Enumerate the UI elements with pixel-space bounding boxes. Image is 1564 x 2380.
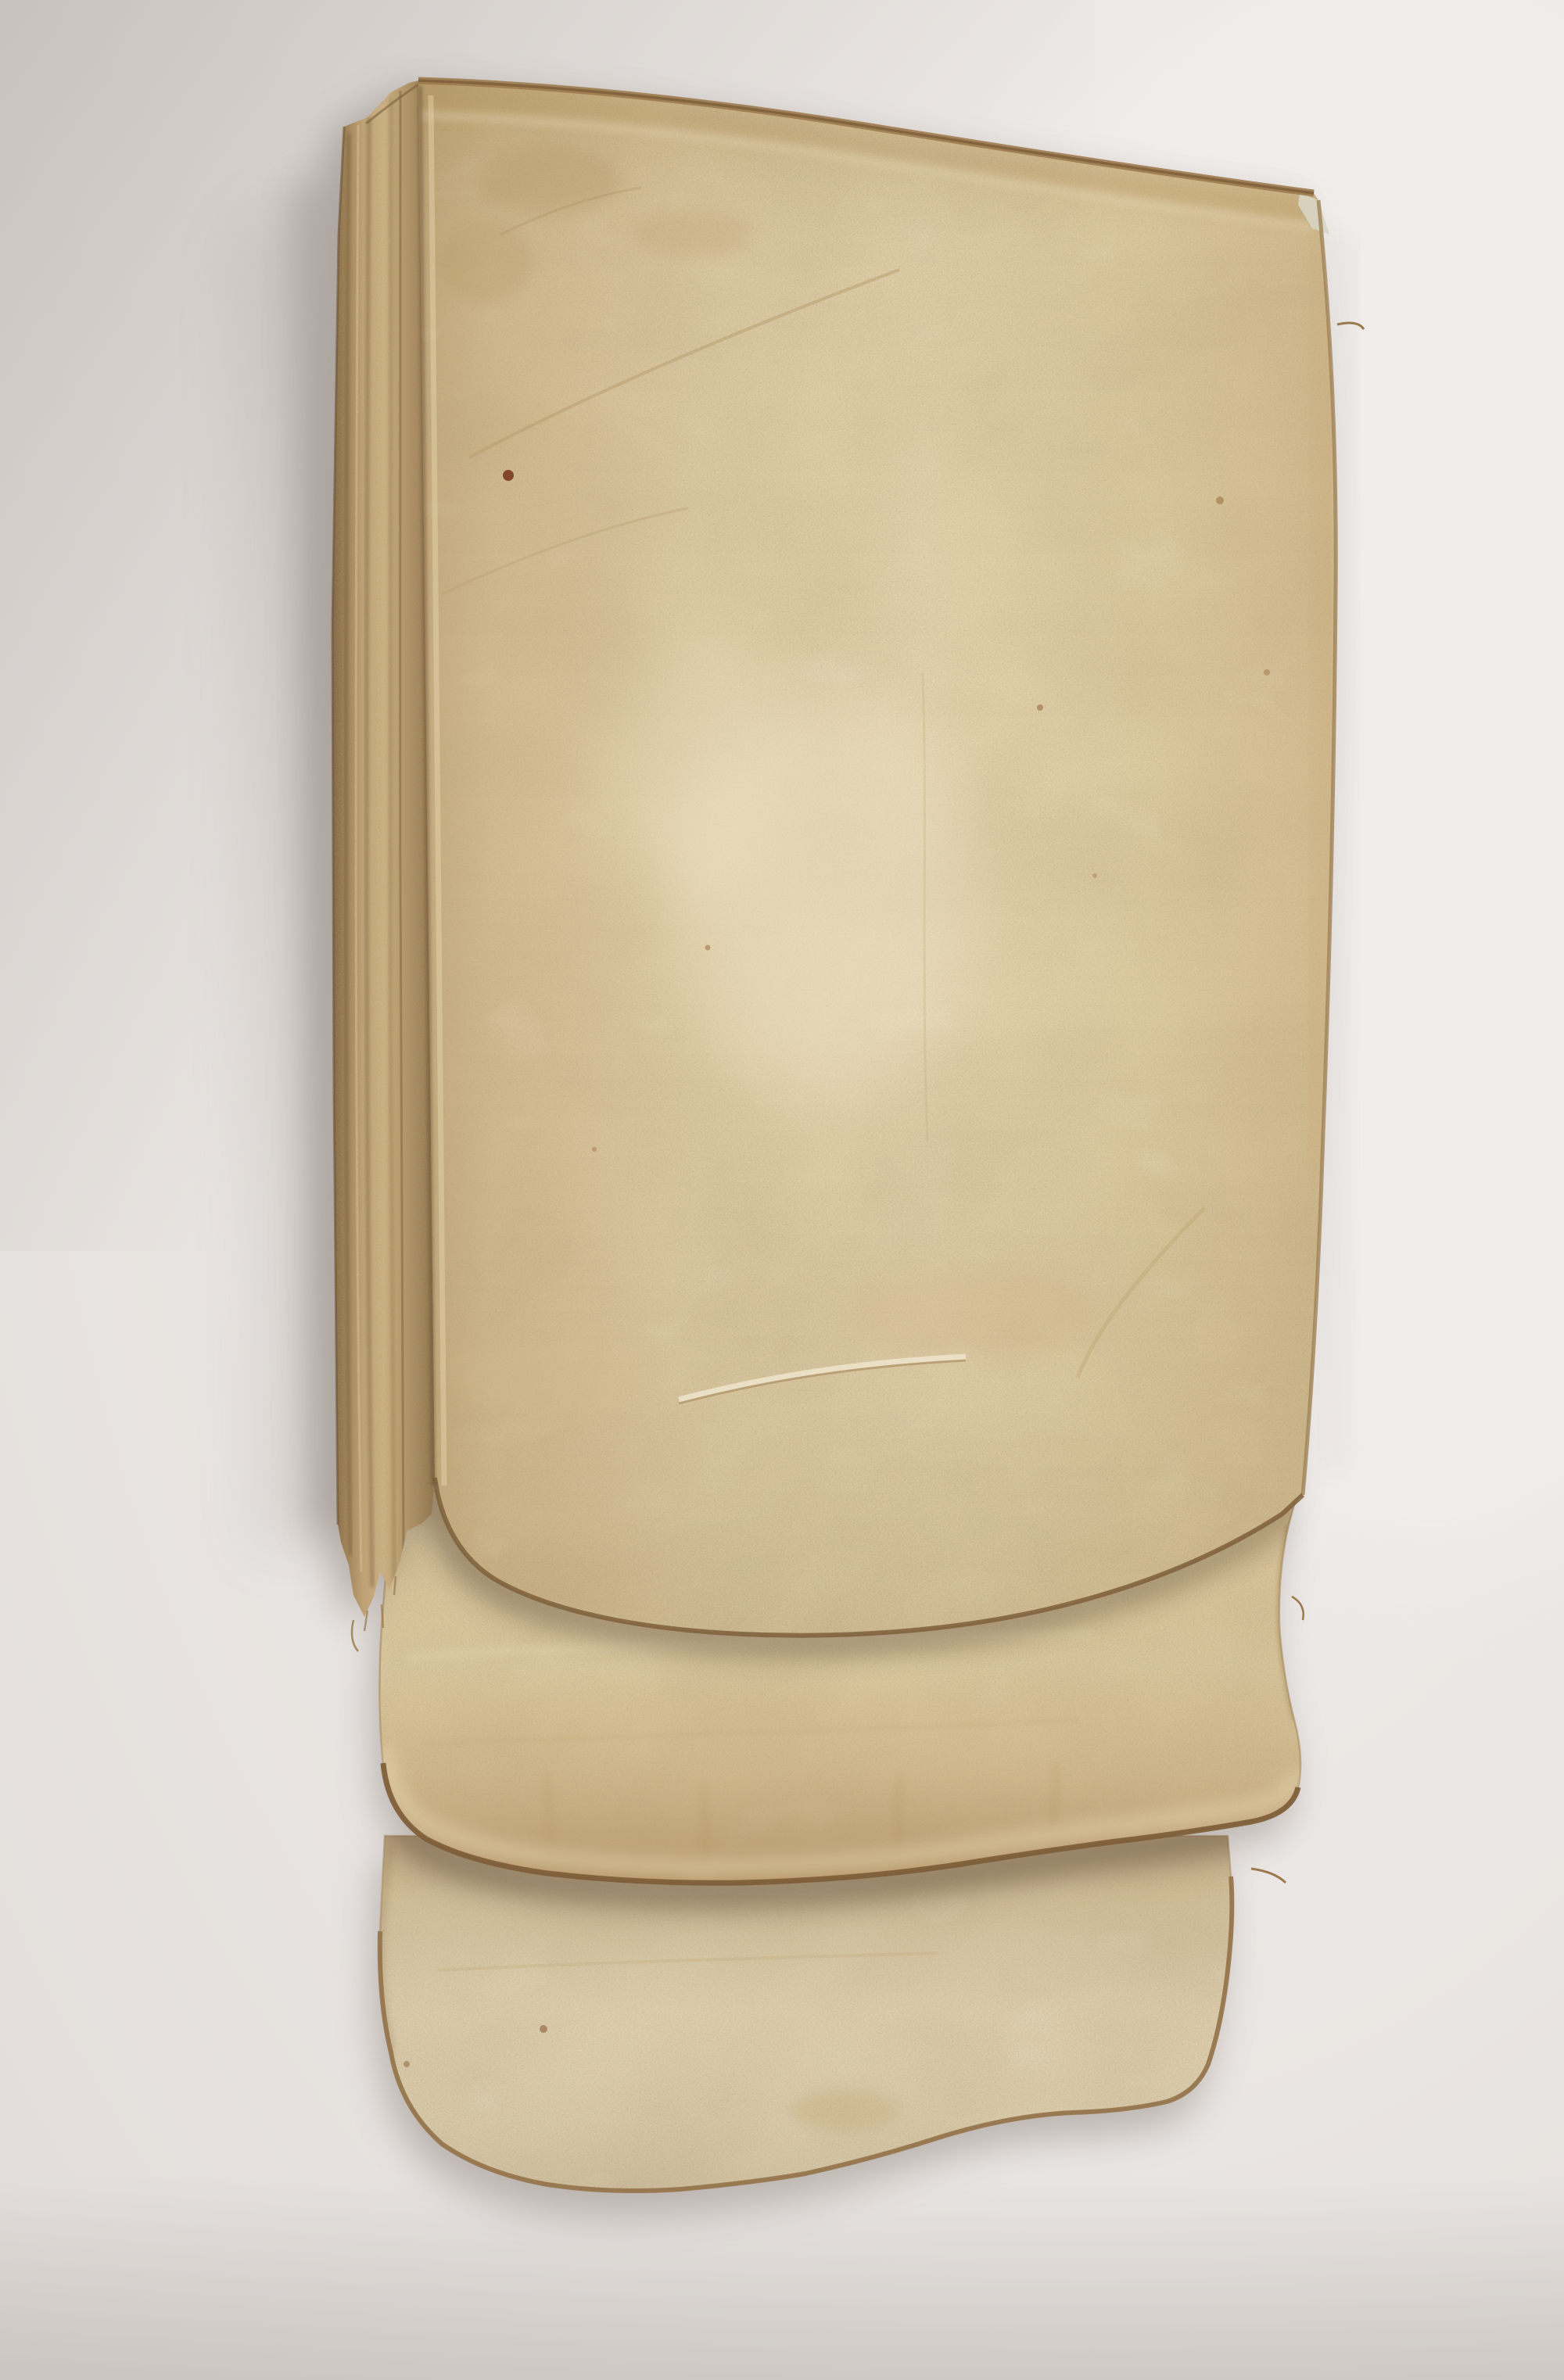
stain-patch xyxy=(633,211,751,258)
stain-patch xyxy=(438,221,532,303)
wormhole-speck xyxy=(1037,704,1043,711)
photo-stage xyxy=(0,0,1564,2380)
stain-patch xyxy=(473,147,622,213)
wormhole-speck xyxy=(1216,496,1224,504)
front-cover xyxy=(328,47,1423,1720)
wormhole-speck xyxy=(592,1147,597,1152)
wormhole-speck xyxy=(705,945,711,951)
wormhole-speck xyxy=(503,470,514,481)
pale-stain xyxy=(610,641,798,891)
right-edge-water-stain xyxy=(1314,235,1325,1173)
wall-shading-bottom xyxy=(0,2174,1564,2380)
stain-patch xyxy=(790,2091,899,2131)
wormhole-speck xyxy=(1264,669,1270,676)
stain-patch xyxy=(454,1337,641,1415)
wormhole-speck xyxy=(540,2025,547,2033)
wormhole-speck xyxy=(404,2061,410,2067)
vellum-book-photograph xyxy=(0,0,1564,2380)
wormhole-speck xyxy=(1092,873,1097,878)
cover-details xyxy=(328,47,1423,1720)
stain-patch xyxy=(845,1267,1095,1360)
